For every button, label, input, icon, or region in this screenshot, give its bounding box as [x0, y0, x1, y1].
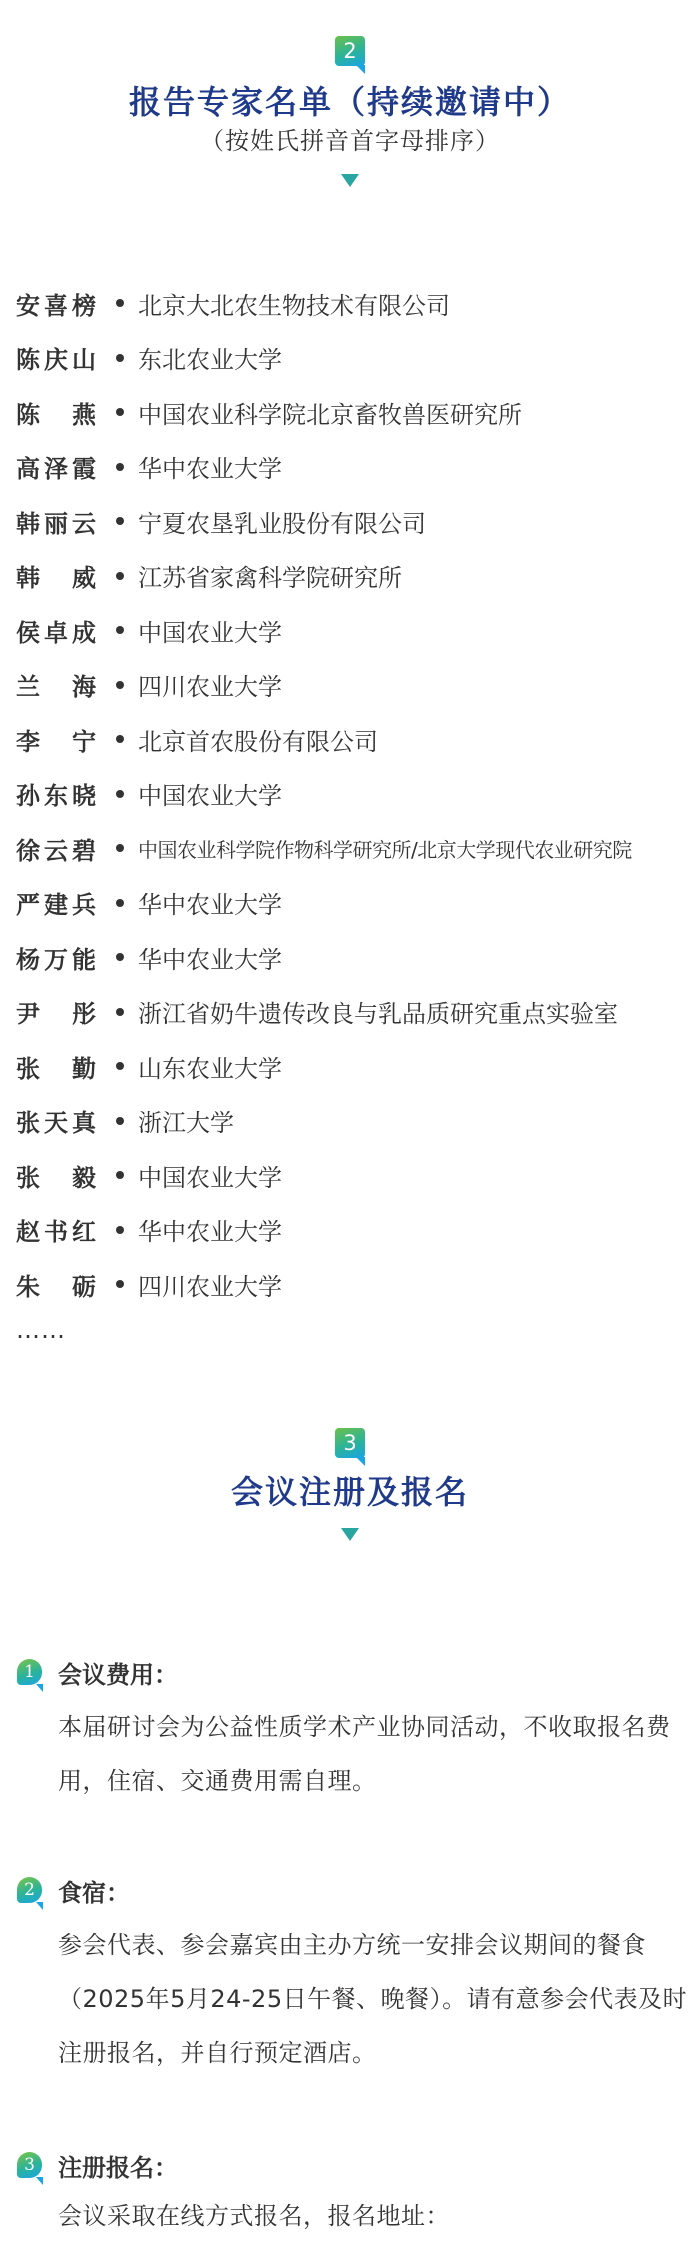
expert-row: 朱砺 四川农业大学 [16, 1257, 700, 1312]
expert-org: 四川农业大学 [138, 1267, 282, 1302]
expert-name: 陈庆山 [16, 340, 96, 375]
expert-name-char: 霞 [72, 449, 96, 484]
expert-name-char: 陈 [16, 395, 40, 430]
expert-name-char: 李 [16, 722, 40, 757]
expert-name-char: 孙 [16, 776, 40, 811]
expert-row: 张勤 山东农业大学 [16, 1039, 700, 1094]
down-triangle-icon [341, 174, 359, 187]
expert-name: 严建兵 [16, 885, 96, 920]
expert-org: 中国农业科学院作物科学研究所/北京大学现代农业研究院 [138, 834, 632, 863]
number-badge-icon: 2 [17, 1877, 42, 1903]
expert-row: 韩威 江苏省家禽科学院研究所 [16, 549, 700, 604]
down-triangle-icon [341, 1528, 359, 1541]
expert-name-char: 韩 [16, 558, 40, 593]
expert-row: 尹彤 浙江省奶牛遗传改良与乳品质研究重点实验室 [16, 985, 700, 1040]
expert-org: 中国农业大学 [138, 1158, 282, 1193]
expert-name-char: 万 [44, 940, 68, 975]
bullet-icon [116, 681, 124, 689]
expert-name-char: 严 [16, 885, 40, 920]
bullet-icon [116, 1117, 124, 1125]
expert-name-char: 碧 [72, 831, 96, 866]
info-title: 会议费用： [58, 1655, 178, 1690]
number-badge-icon: 3 [17, 2152, 42, 2178]
expert-org: 中国农业大学 [138, 776, 282, 811]
expert-name-char: 云 [44, 831, 68, 866]
bullet-icon [116, 953, 124, 961]
expert-name: 侯卓成 [16, 613, 96, 648]
expert-org: 华中农业大学 [138, 449, 282, 484]
expert-name-char: 山 [72, 340, 96, 375]
expert-row: 侯卓成 中国农业大学 [16, 603, 700, 658]
expert-name: 韩丽云 [16, 504, 96, 539]
bullet-icon [116, 1226, 124, 1234]
expert-name: 李宁 [16, 722, 96, 757]
expert-name-char: 陈 [16, 340, 40, 375]
expert-row: 张毅 中国农业大学 [16, 1148, 700, 1203]
expert-name: 陈燕 [16, 395, 96, 430]
expert-name-char: 庆 [44, 340, 68, 375]
bullet-icon [116, 463, 124, 471]
expert-name: 赵书红 [16, 1212, 96, 1247]
expert-name-char: 书 [44, 1212, 68, 1247]
bullet-icon [116, 1280, 124, 1288]
bullet-icon [116, 735, 124, 743]
expert-name-char: 宁 [72, 722, 96, 757]
expert-name-char: 安 [16, 286, 40, 321]
expert-name-char: 杨 [16, 940, 40, 975]
expert-name-char: 兵 [72, 885, 96, 920]
expert-name-char: 东 [44, 776, 68, 811]
bullet-icon [116, 299, 124, 307]
expert-name-char: 卓 [44, 613, 68, 648]
expert-name-char: 海 [72, 667, 96, 702]
bullet-icon [116, 626, 124, 634]
expert-name-char: 徐 [16, 831, 40, 866]
expert-row: 赵书红 华中农业大学 [16, 1203, 700, 1258]
expert-name-char: 张 [16, 1103, 40, 1138]
expert-org: 华中农业大学 [138, 885, 282, 920]
info-title: 食宿： [58, 1873, 130, 1908]
expert-name-char: 朱 [16, 1267, 40, 1302]
info-item-fees: 1 会议费用： 本届研讨会为公益性质学术产业协同活动，不收取报名费用，住宿、交通… [0, 1652, 700, 1808]
bullet-icon [116, 899, 124, 907]
expert-name-char: 榜 [72, 286, 96, 321]
bullet-icon [116, 844, 124, 852]
info-item-registration: 3 注册报名： 会议采取在线方式报名，报名地址： [0, 2145, 700, 2243]
expert-name-char: 喜 [44, 286, 68, 321]
expert-name-char: 成 [72, 613, 96, 648]
expert-name-char: 彤 [72, 994, 96, 1029]
expert-name-char: 能 [72, 940, 96, 975]
info-body: 参会代表、参会嘉宾由主办方统一安排会议期间的餐食（2025年5月24-25日午餐… [0, 1918, 700, 2080]
bullet-icon [116, 572, 124, 580]
expert-name: 尹彤 [16, 994, 96, 1029]
expert-org: 四川农业大学 [138, 667, 282, 702]
expert-org: 东北农业大学 [138, 340, 282, 375]
expert-name-char: 威 [72, 558, 96, 593]
expert-name-char: 天 [44, 1103, 68, 1138]
info-title: 注册报名： [58, 2148, 178, 2183]
expert-list: 安喜榜 北京大北农生物技术有限公司 陈庆山 东北农业大学 陈燕 中国农业科学院北… [16, 276, 700, 1312]
section-title: 报告专家名单（持续邀请中） [0, 80, 700, 124]
expert-name-char: 建 [44, 885, 68, 920]
section-3-header: 3 会议注册及报名 [0, 1428, 700, 1545]
bullet-icon [116, 790, 124, 798]
expert-name: 孙东晓 [16, 776, 96, 811]
expert-row: 严建兵 华中农业大学 [16, 876, 700, 931]
expert-name-char: 侯 [16, 613, 40, 648]
expert-row: 徐云碧 中国农业科学院作物科学研究所/北京大学现代农业研究院 [16, 821, 700, 876]
expert-row: 韩丽云 宁夏农垦乳业股份有限公司 [16, 494, 700, 549]
section-2-header: 2 报告专家名单（持续邀请中） （按姓氏拼音首字母排序） [0, 36, 700, 191]
expert-name-char: 云 [72, 504, 96, 539]
expert-name: 韩威 [16, 558, 96, 593]
expert-name-char: 兰 [16, 667, 40, 702]
expert-name: 张勤 [16, 1049, 96, 1084]
expert-row: 安喜榜 北京大北农生物技术有限公司 [16, 276, 700, 331]
expert-name: 张天真 [16, 1103, 96, 1138]
expert-row: 孙东晓 中国农业大学 [16, 767, 700, 822]
expert-org: 华中农业大学 [138, 1212, 282, 1247]
expert-name-char: 高 [16, 449, 40, 484]
expert-name: 兰海 [16, 667, 96, 702]
expert-org: 宁夏农垦乳业股份有限公司 [138, 504, 426, 539]
expert-org: 华中农业大学 [138, 940, 282, 975]
expert-name-char: 韩 [16, 504, 40, 539]
expert-row: 陈庆山 东北农业大学 [16, 331, 700, 386]
expert-name-char: 勤 [72, 1049, 96, 1084]
expert-name-char: 晓 [72, 776, 96, 811]
expert-org: 中国农业科学院北京畜牧兽医研究所 [138, 395, 522, 430]
expert-name: 朱砺 [16, 1267, 96, 1302]
expert-name: 徐云碧 [16, 831, 96, 866]
section-subtitle: （按姓氏拼音首字母排序） [0, 124, 700, 158]
expert-org: 浙江省奶牛遗传改良与乳品质研究重点实验室 [138, 994, 618, 1029]
expert-name: 张毅 [16, 1158, 96, 1193]
expert-org: 北京首农股份有限公司 [138, 722, 378, 757]
expert-org: 江苏省家禽科学院研究所 [138, 558, 402, 593]
bullet-icon [116, 517, 124, 525]
expert-name: 安喜榜 [16, 286, 96, 321]
section-number-badge: 2 [335, 36, 365, 66]
expert-name: 高泽霞 [16, 449, 96, 484]
bullet-icon [116, 1008, 124, 1016]
expert-name-char: 张 [16, 1049, 40, 1084]
expert-org: 山东农业大学 [138, 1049, 282, 1084]
section-number-badge: 3 [335, 1428, 365, 1458]
bullet-icon [116, 1062, 124, 1070]
expert-name: 杨万能 [16, 940, 96, 975]
info-body: 本届研讨会为公益性质学术产业协同活动，不收取报名费用，住宿、交通费用需自理。 [0, 1700, 700, 1808]
bullet-icon [116, 354, 124, 362]
expert-name-char: 丽 [44, 504, 68, 539]
expert-name-char: 真 [72, 1103, 96, 1138]
info-body: 会议采取在线方式报名，报名地址： [0, 2189, 700, 2243]
expert-name-char: 燕 [72, 395, 96, 430]
expert-name-char: 尹 [16, 994, 40, 1029]
info-item-accommodation: 2 食宿： 参会代表、参会嘉宾由主办方统一安排会议期间的餐食（2025年5月24… [0, 1870, 700, 2080]
expert-name-char: 砺 [72, 1267, 96, 1302]
section-title: 会议注册及报名 [0, 1470, 700, 1514]
expert-row: 高泽霞 华中农业大学 [16, 440, 700, 495]
expert-row: 兰海 四川农业大学 [16, 658, 700, 713]
bullet-icon [116, 408, 124, 416]
expert-org: 中国农业大学 [138, 613, 282, 648]
bullet-icon [116, 1171, 124, 1179]
expert-row: 李宁 北京首农股份有限公司 [16, 712, 700, 767]
expert-row: 杨万能 华中农业大学 [16, 930, 700, 985]
expert-name-char: 泽 [44, 449, 68, 484]
expert-name-char: 赵 [16, 1212, 40, 1247]
expert-name-char: 红 [72, 1212, 96, 1247]
number-badge-icon: 1 [17, 1659, 42, 1685]
expert-name-char: 毅 [72, 1158, 96, 1193]
expert-row: 陈燕 中国农业科学院北京畜牧兽医研究所 [16, 385, 700, 440]
expert-org: 浙江大学 [138, 1103, 234, 1138]
expert-row: 张天真 浙江大学 [16, 1094, 700, 1149]
expert-name-char: 张 [16, 1158, 40, 1193]
more-experts-ellipsis: …… [16, 1316, 66, 1344]
expert-org: 北京大北农生物技术有限公司 [138, 286, 450, 321]
